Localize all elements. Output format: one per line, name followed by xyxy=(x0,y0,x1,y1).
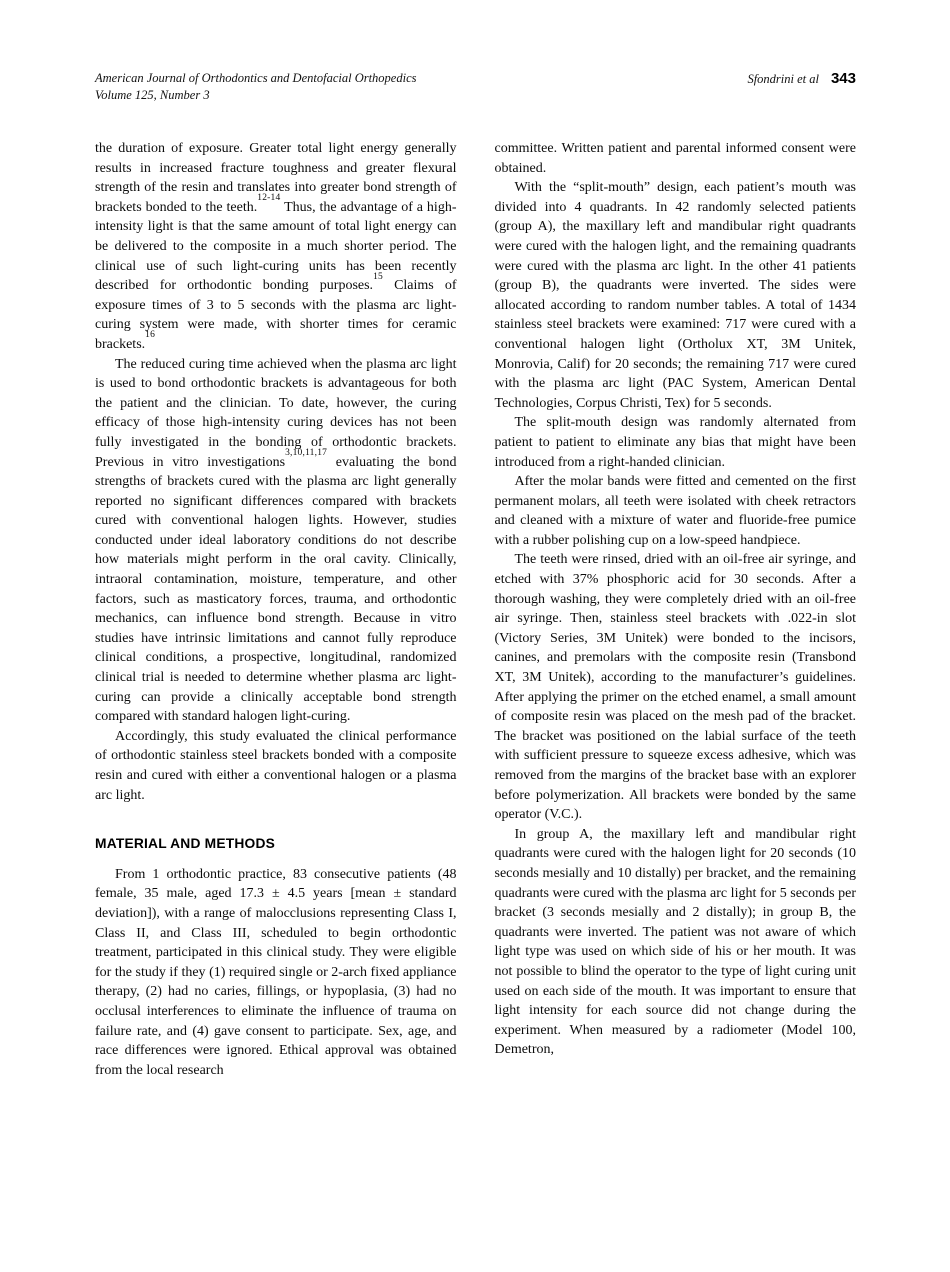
paragraph: Accordingly, this study evaluated the cl… xyxy=(95,727,457,805)
page-number: 343 xyxy=(831,70,856,87)
reference-superscript: 15 xyxy=(373,272,383,282)
journal-masthead: American Journal of Orthodontics and Den… xyxy=(95,70,417,104)
paragraph: The split-mouth design was randomly alte… xyxy=(495,413,857,472)
journal-page: American Journal of Orthodontics and Den… xyxy=(0,0,950,1272)
paragraph: In group A, the maxillary left and mandi… xyxy=(495,825,857,1060)
left-column: the duration of exposure. Greater total … xyxy=(95,139,457,1080)
right-column: committee. Written patient and parental … xyxy=(495,139,857,1080)
reference-superscript: 12-14 xyxy=(257,193,280,203)
paragraph: With the “split-mouth” design, each pati… xyxy=(495,178,857,413)
paragraph: the duration of exposure. Greater total … xyxy=(95,139,457,355)
paragraph: The teeth were rinsed, dried with an oil… xyxy=(495,550,857,824)
reference-superscript: 16 xyxy=(145,330,155,340)
section-heading: MATERIAL AND METHODS xyxy=(95,834,457,854)
page-header: American Journal of Orthodontics and Den… xyxy=(95,70,856,104)
paragraph: After the molar bands were fitted and ce… xyxy=(495,472,857,550)
journal-title: American Journal of Orthodontics and Den… xyxy=(95,70,417,87)
article-body: the duration of exposure. Greater total … xyxy=(95,139,856,1080)
paragraph: From 1 orthodontic practice, 83 consecut… xyxy=(95,865,457,1081)
paragraph: The reduced curing time achieved when th… xyxy=(95,355,457,727)
running-authors: Sfondrini et al xyxy=(747,72,819,86)
volume-line: Volume 125, Number 3 xyxy=(95,87,417,104)
running-head: Sfondrini et al343 xyxy=(747,70,856,88)
reference-superscript: 3,10,11,17 xyxy=(285,448,327,458)
paragraph: committee. Written patient and parental … xyxy=(495,139,857,178)
